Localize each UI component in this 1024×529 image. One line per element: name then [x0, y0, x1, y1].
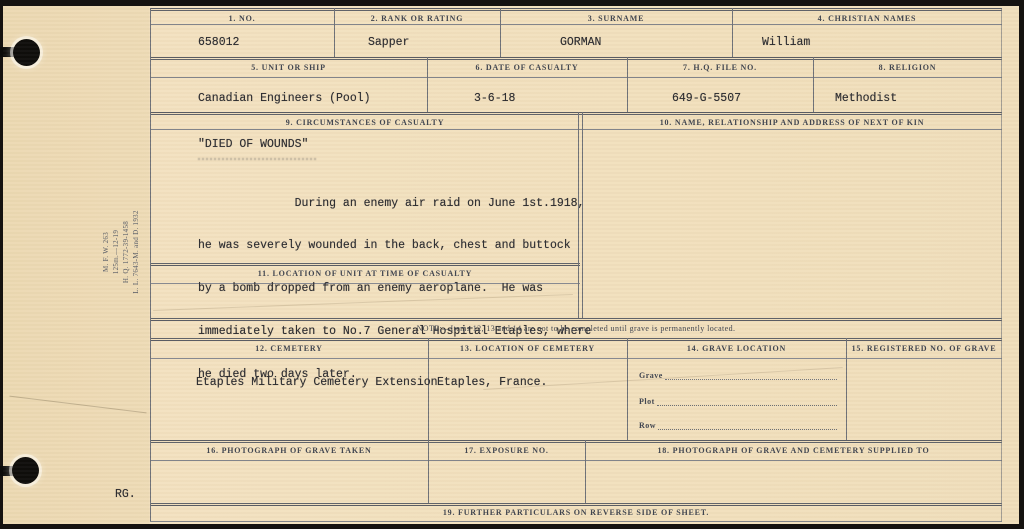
field-value-hq-file: 649-G-5507 [672, 92, 741, 106]
rule [150, 521, 1002, 522]
field-label-religion: 8. RELIGION [813, 63, 1002, 72]
rule [150, 8, 151, 521]
paragraph-line: he was severely wounded in the back, che… [198, 239, 591, 253]
field-label-cemetery-location: 13. LOCATION OF CEMETERY [428, 344, 627, 353]
paragraph-line: by a bomb dropped from an enemy aeroplan… [198, 282, 591, 296]
rule [150, 129, 1002, 130]
field-label-date: 6. DATE OF CASUALTY [427, 63, 627, 72]
form-reference-stamp: M. F. W. 263 125m.—12-19 H. Q. 1772-39-1… [101, 192, 141, 312]
field-label-unit-location: 11. LOCATION OF UNIT AT TIME OF CASUALTY [150, 269, 580, 278]
rule [150, 440, 1002, 443]
field-value-rank: Sapper [368, 36, 409, 50]
rule [150, 57, 1002, 60]
punch-hole-top [13, 39, 40, 66]
note-text: NOTE:—Items 12, 13 and 14 are not to be … [150, 324, 1002, 333]
field-label-hq-file: 7. H.Q. FILE NO. [627, 63, 813, 72]
margin-annotation-rg: RG. [115, 488, 136, 502]
scratch-artifact [9, 396, 146, 414]
dotted-leader [657, 405, 837, 406]
field-label-next-of-kin: 10. NAME, RELATIONSHIP AND ADDRESS OF NE… [582, 118, 1002, 127]
field-value-date: 3-6-18 [474, 92, 515, 106]
field-label-cemetery: 12. CEMETERY [150, 344, 428, 353]
grave-location-row: Row [639, 418, 837, 430]
grave-row-label: Row [639, 421, 656, 430]
field-value-cemetery-location: Etaples, France. [437, 376, 547, 390]
field-label-christian-names: 4. CHRISTIAN NAMES [732, 14, 1002, 23]
field-label-circumstances: 9. CIRCUMSTANCES OF CASUALTY [150, 118, 580, 127]
erased-text-smudge [198, 158, 316, 161]
field-label-unit: 5. UNIT OR SHIP [150, 63, 427, 72]
scanned-record-card: M. F. W. 263 125m.—12-19 H. Q. 1772-39-1… [0, 0, 1024, 529]
field-value-unit: Canadian Engineers (Pool) [198, 92, 371, 106]
rule [150, 503, 1002, 506]
stamp-line: M. F. W. 263 [101, 192, 111, 312]
circumstances-title: "DIED OF WOUNDS" [198, 138, 308, 152]
stamp-line: L. L. 7643-M. and D. 1932 [131, 192, 141, 312]
stamp-line: H. Q. 1772-39-1458 [121, 192, 131, 312]
grave-row-label: Grave [639, 371, 663, 380]
paragraph-line: During an enemy air raid on June 1st.191… [198, 197, 591, 211]
field-label-registered-no: 15. REGISTERED NO. OF GRAVE [846, 344, 1002, 353]
casualty-form: 1. NO. 2. RANK OR RATING 3. SURNAME 4. C… [150, 8, 1002, 522]
grave-location-row: Plot [639, 394, 837, 406]
circumstances-paragraph: During an enemy air raid on June 1st.191… [198, 168, 591, 411]
field-label-photo-supplied: 18. PHOTOGRAPH OF GRAVE AND CEMETERY SUP… [585, 446, 1002, 455]
rule [846, 338, 847, 440]
field-label-photo-taken: 16. PHOTOGRAPH OF GRAVE TAKEN [150, 446, 428, 455]
field-value-surname: GORMAN [560, 36, 601, 50]
field-value-cemetery: Etaples Military Cemetery Extension [196, 376, 438, 390]
punch-hole-bottom [12, 457, 39, 484]
rule [1001, 8, 1002, 521]
grave-row-label: Plot [639, 397, 655, 406]
field-value-religion: Methodist [835, 92, 897, 106]
rule [150, 77, 1002, 78]
field-value-christian-names: William [762, 36, 810, 50]
rule [150, 24, 1002, 25]
field-label-grave-location: 14. GRAVE LOCATION [627, 344, 846, 353]
further-particulars-text: 19. FURTHER PARTICULARS ON REVERSE SIDE … [150, 508, 1002, 517]
rule [150, 112, 1002, 115]
rule [150, 8, 1002, 11]
field-label-surname: 3. SURNAME [500, 14, 732, 23]
rule [627, 338, 628, 440]
field-label-exposure: 17. EXPOSURE NO. [428, 446, 585, 455]
stamp-line: 125m.—12-19 [111, 192, 121, 312]
grave-location-row: Grave [639, 368, 837, 380]
paper-sheet: M. F. W. 263 125m.—12-19 H. Q. 1772-39-1… [3, 6, 1019, 524]
field-value-no: 658012 [198, 36, 239, 50]
rule [150, 460, 1002, 461]
dotted-leader [665, 379, 837, 380]
dotted-leader [658, 429, 837, 430]
field-label-rank: 2. RANK OR RATING [334, 14, 500, 23]
field-label-no: 1. NO. [150, 14, 334, 23]
